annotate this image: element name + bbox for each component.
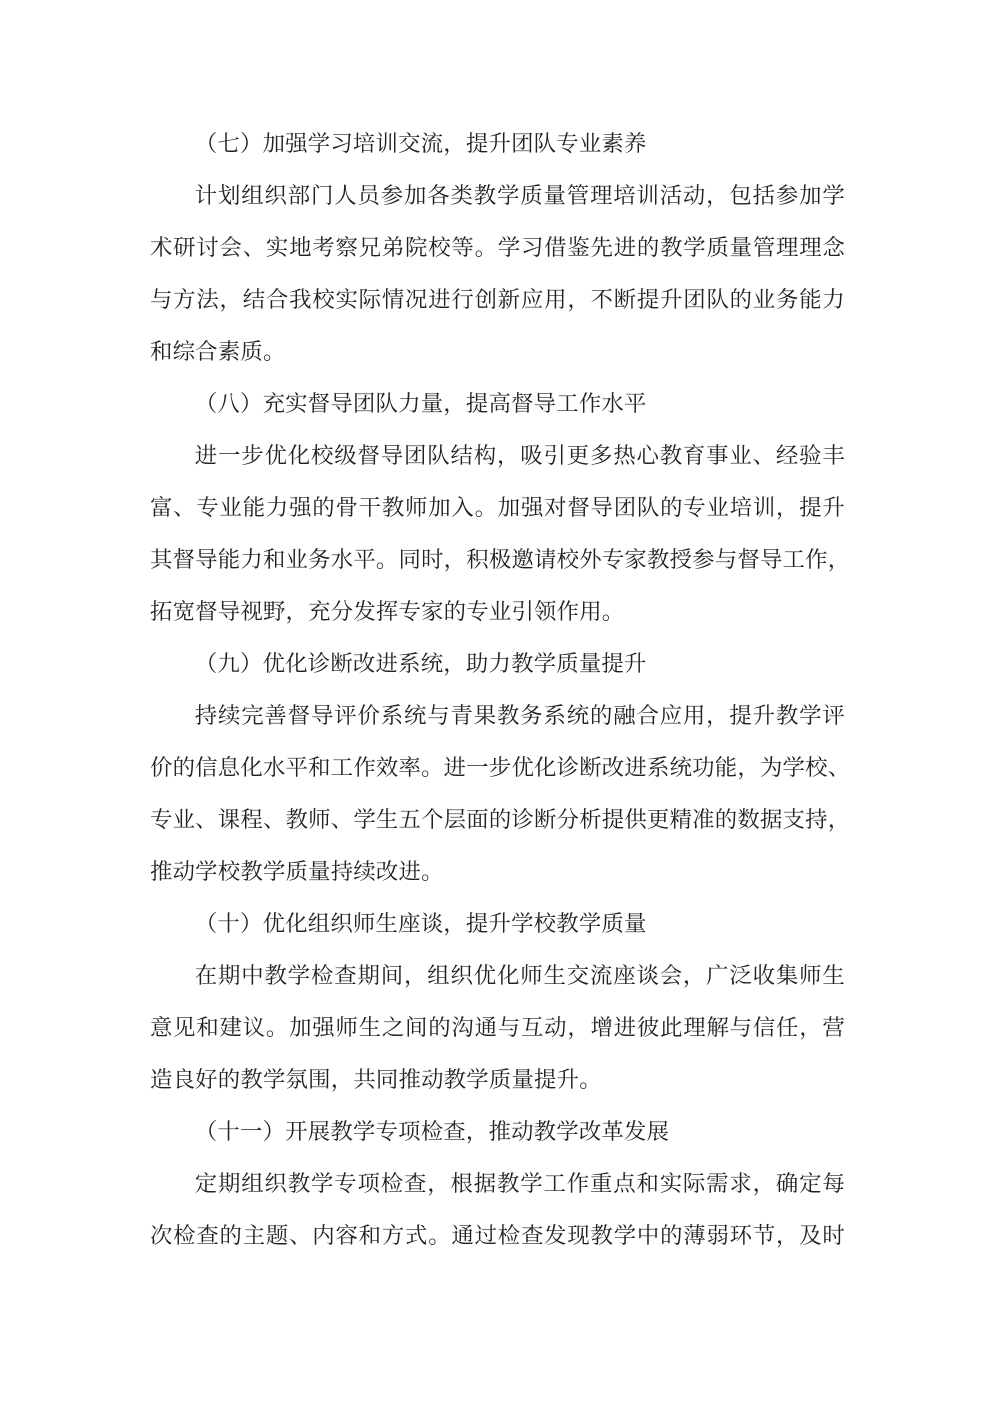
body-line: 和综合素质。 bbox=[150, 326, 845, 378]
section-heading: （十一）开展教学专项检查，推动教学改革发展 bbox=[150, 1106, 845, 1158]
body-line: 意见和建议。加强师生之间的沟通与互动，增进彼此理解与信任，营 bbox=[150, 1002, 845, 1054]
body-line: 推动学校教学质量持续改进。 bbox=[150, 846, 845, 898]
body-line: 持续完善督导评价系统与青果教务系统的融合应用，提升教学评 bbox=[150, 690, 845, 742]
section-heading: （八）充实督导团队力量，提高督导工作水平 bbox=[150, 378, 845, 430]
body-line: 价的信息化水平和工作效率。进一步优化诊断改进系统功能，为学校、 bbox=[150, 742, 845, 794]
body-line: 专业、课程、教师、学生五个层面的诊断分析提供更精准的数据支持， bbox=[150, 794, 845, 846]
section-heading: （十）优化组织师生座谈，提升学校教学质量 bbox=[150, 898, 845, 950]
body-line: 次检查的主题、内容和方式。通过检查发现教学中的薄弱环节，及时 bbox=[150, 1210, 845, 1262]
section-heading: （七）加强学习培训交流，提升团队专业素养 bbox=[150, 118, 845, 170]
body-line: 计划组织部门人员参加各类教学质量管理培训活动，包括参加学 bbox=[150, 170, 845, 222]
body-line: 进一步优化校级督导团队结构，吸引更多热心教育事业、经验丰 bbox=[150, 430, 845, 482]
body-line: 在期中教学检查期间，组织优化师生交流座谈会，广泛收集师生 bbox=[150, 950, 845, 1002]
document-body: （七）加强学习培训交流，提升团队专业素养计划组织部门人员参加各类教学质量管理培训… bbox=[150, 118, 845, 1262]
body-line: 术研讨会、实地考察兄弟院校等。学习借鉴先进的教学质量管理理念 bbox=[150, 222, 845, 274]
body-line: 其督导能力和业务水平。同时，积极邀请校外专家教授参与督导工作， bbox=[150, 534, 845, 586]
body-line: 造良好的教学氛围，共同推动教学质量提升。 bbox=[150, 1054, 845, 1106]
body-line: 与方法，结合我校实际情况进行创新应用，不断提升团队的业务能力 bbox=[150, 274, 845, 326]
section-heading: （九）优化诊断改进系统，助力教学质量提升 bbox=[150, 638, 845, 690]
body-line: 定期组织教学专项检查，根据教学工作重点和实际需求，确定每 bbox=[150, 1158, 845, 1210]
body-line: 拓宽督导视野，充分发挥专家的专业引领作用。 bbox=[150, 586, 845, 638]
body-line: 富、专业能力强的骨干教师加入。加强对督导团队的专业培训，提升 bbox=[150, 482, 845, 534]
document-page: （七）加强学习培训交流，提升团队专业素养计划组织部门人员参加各类教学质量管理培训… bbox=[0, 0, 992, 1403]
